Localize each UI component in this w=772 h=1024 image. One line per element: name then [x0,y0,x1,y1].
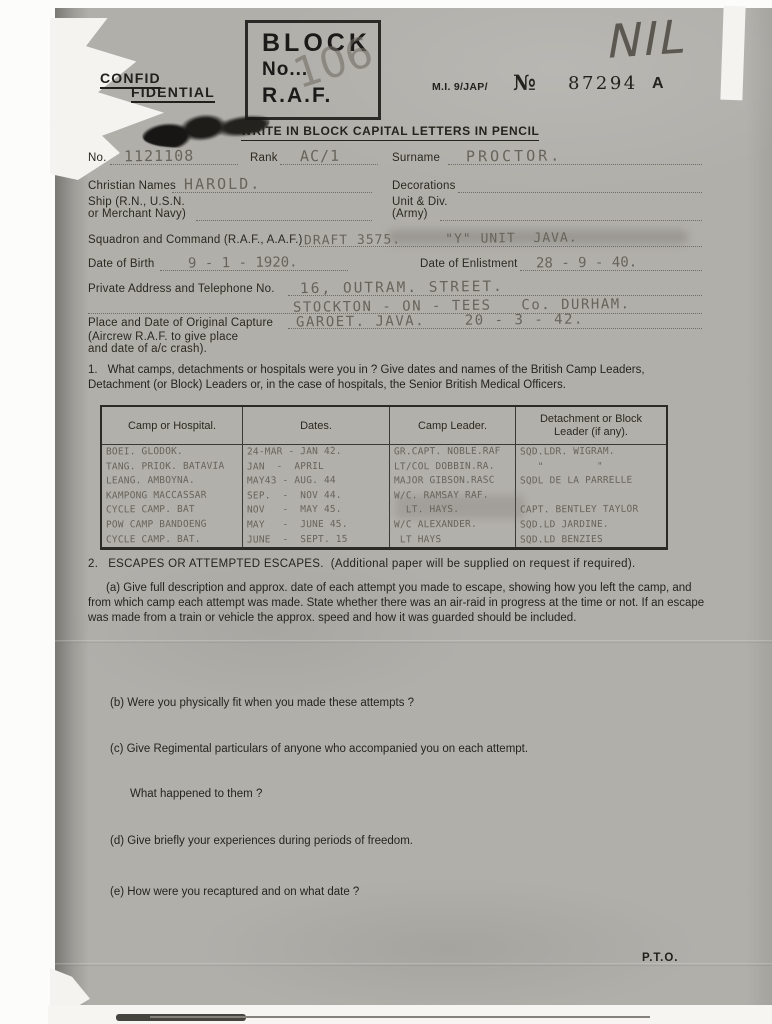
table-row: MAY - JUNE 45. [243,517,390,533]
christian-names-label: Christian Names [88,180,176,192]
table-row: LT/COL DOBBIN.RA. [390,459,516,474]
question-2c: (c) Give Regimental particulars of anyon… [110,742,528,757]
reference-number: 87294 [568,73,638,94]
scanned-document: CONFID FIDENTIAL BLOCK No... R.A.F. 106 … [0,0,772,1024]
pto-note: P.T.O. [642,952,678,964]
ship-label-line1: Ship (R.N., U.S.N. [88,196,185,209]
table-row: JAN - APRIL [243,459,390,475]
table-row: JUNE - SEPT. 15 [243,532,390,548]
no-field: 1121108 [110,148,238,165]
enlistment-field: 28 - 9 - 40. [520,254,702,271]
rank-value: AC/1 [300,147,340,165]
question-2-note: (Additional paper will be supplied on re… [331,558,636,570]
rank-label: Rank [250,152,278,164]
confidential-stamp-2: FIDENTIAL [131,84,215,103]
decorations-label: Decorations [392,180,456,192]
table-row: " " [516,459,666,475]
table-row: GR.CAPT. NOBLE.RAF [390,445,516,460]
table-row [516,488,666,504]
table-row: LT HAYS [390,532,516,547]
surname-field: PROCTOR. [448,148,702,165]
reference-no-label: № [513,70,536,95]
enlistment-label: Date of Enlistment [420,258,518,270]
question-2b: (b) Were you physically fit when you mad… [110,696,414,711]
dob-field: 9 - 1 - 1920. [160,254,348,271]
no-value: 1121108 [124,147,194,166]
table-row: SEP. - NOV 44. [243,488,390,504]
squadron-value: DRAFT 3575. "Y" UNIT JAVA. [304,231,578,249]
question-1: 1.What camps, detachments or hospitals w… [88,363,706,393]
table-row: SQD.LD JARDINE. [516,517,666,533]
camps-table-header: Camp or Hospital. Dates. Camp Leader. De… [102,407,666,445]
table-row: CYCLE CAMP. BAT. [102,532,243,548]
dob-value: 9 - 1 - 1920. [188,254,298,271]
address-field-line1: 16, OUTRAM. STREET. [288,279,702,296]
torn-paper-edge [720,6,745,101]
table-row: SQD.LDR. WIGRAM. [516,444,666,460]
no-label: No. [88,152,107,164]
table-row: 24-MAR - JAN 42. [243,444,390,460]
christian-names-field: HAROLD. [172,176,372,193]
table-row: KAMPONG MACCASSAR [102,488,243,504]
col-header-dates: Dates. [243,407,390,444]
squadron-field: DRAFT 3575. "Y" UNIT JAVA. [300,230,702,247]
capture-value: GAROET. JAVA. 20 - 3 - 42. [296,311,584,330]
capture-field: GAROET. JAVA. 20 - 3 - 42. [288,312,702,329]
table-row: POW CAMP BANDOENG [102,517,243,533]
unit-field [440,204,702,221]
table-row: BOEI. GLODOK. [102,445,243,461]
question-2d: (d) Give briefly your experiences during… [110,834,413,849]
reference-series: A [652,75,664,93]
ship-label-line2: or Merchant Navy) [88,208,186,221]
table-row: SQDL DE LA PARRELLE [516,474,666,490]
form-heading: WRITE IN BLOCK CAPITAL LETTERS IN PENCIL [241,124,540,141]
camps-table: Camp or Hospital. Dates. Camp Leader. De… [100,405,668,550]
dob-label: Date of Birth [88,258,155,270]
question-2-title: ESCAPES OR ATTEMPTED ESCAPES. [108,558,324,570]
rank-field: AC/1 [280,148,378,165]
table-row: CYCLE CAMP. BAT [102,503,243,519]
form-heading-wrap: WRITE IN BLOCK CAPITAL LETTERS IN PENCIL [120,122,660,141]
paper-crease [55,640,772,643]
question-2-number: 2. [88,557,98,572]
handwritten-nil: NIL [603,9,692,69]
col-header-camp: Camp or Hospital. [102,407,243,444]
decorations-field [458,176,702,193]
table-row: SQD.LD BENZIES [516,532,666,548]
capture-note-line2: and date of a/c crash). [88,343,207,356]
capture-label: Place and Date of Original Capture [88,317,273,329]
question-2e: (e) How were you recaptured and on what … [110,885,359,900]
christian-names-value: HAROLD. [184,175,261,194]
question-2: 2.ESCAPES OR ATTEMPTED ESCAPES. (Additio… [88,557,718,572]
reference-prefix: M.I. 9/JAP/ [432,81,488,93]
table-row: CAPT. BENTLEY TAYLOR [516,503,666,519]
question-2c-followup: What happened to them ? [130,787,262,802]
surname-label: Surname [392,152,440,164]
col-header-leader: Camp Leader. [390,407,516,444]
table-row: LEANG. AMBOYNA. [102,474,243,490]
binding-shadow-line [150,1016,650,1018]
col-header-detachment: Detachment or Block Leader (if any). [516,407,666,444]
table-row: W/C ALEXANDER. [390,518,516,533]
surname-value: PROCTOR. [466,146,562,165]
squadron-label: Squadron and Command (R.A.F., A.A.F.) [88,234,303,246]
question-1-text: What camps, detachments or hospitals wer… [88,364,645,391]
question-1-number: 1. [88,363,98,378]
table-row: MAJOR GIBSON.RASC [390,474,516,489]
table-row: NOV - MAY 45. [243,503,390,519]
enlistment-value: 28 - 9 - 40. [536,254,637,271]
table-row: TANG. PRIOK. BATAVIA [102,459,243,475]
address-label: Private Address and Telephone No. [88,283,275,295]
capture-note-line1: (Aircrew R.A.F. to give place [88,331,238,344]
address-value-line1: 16, OUTRAM. STREET. [300,279,504,297]
camps-table-body: BOEI. GLODOK. 24-MAR - JAN 42. GR.CAPT. … [102,445,666,547]
pencil-smudge [395,495,525,519]
table-row: MAY43 - AUG. 44 [243,474,390,490]
question-2a: (a) Give full description and approx. da… [88,581,712,626]
ship-field [196,204,372,221]
unit-label-line2: (Army) [392,208,428,221]
